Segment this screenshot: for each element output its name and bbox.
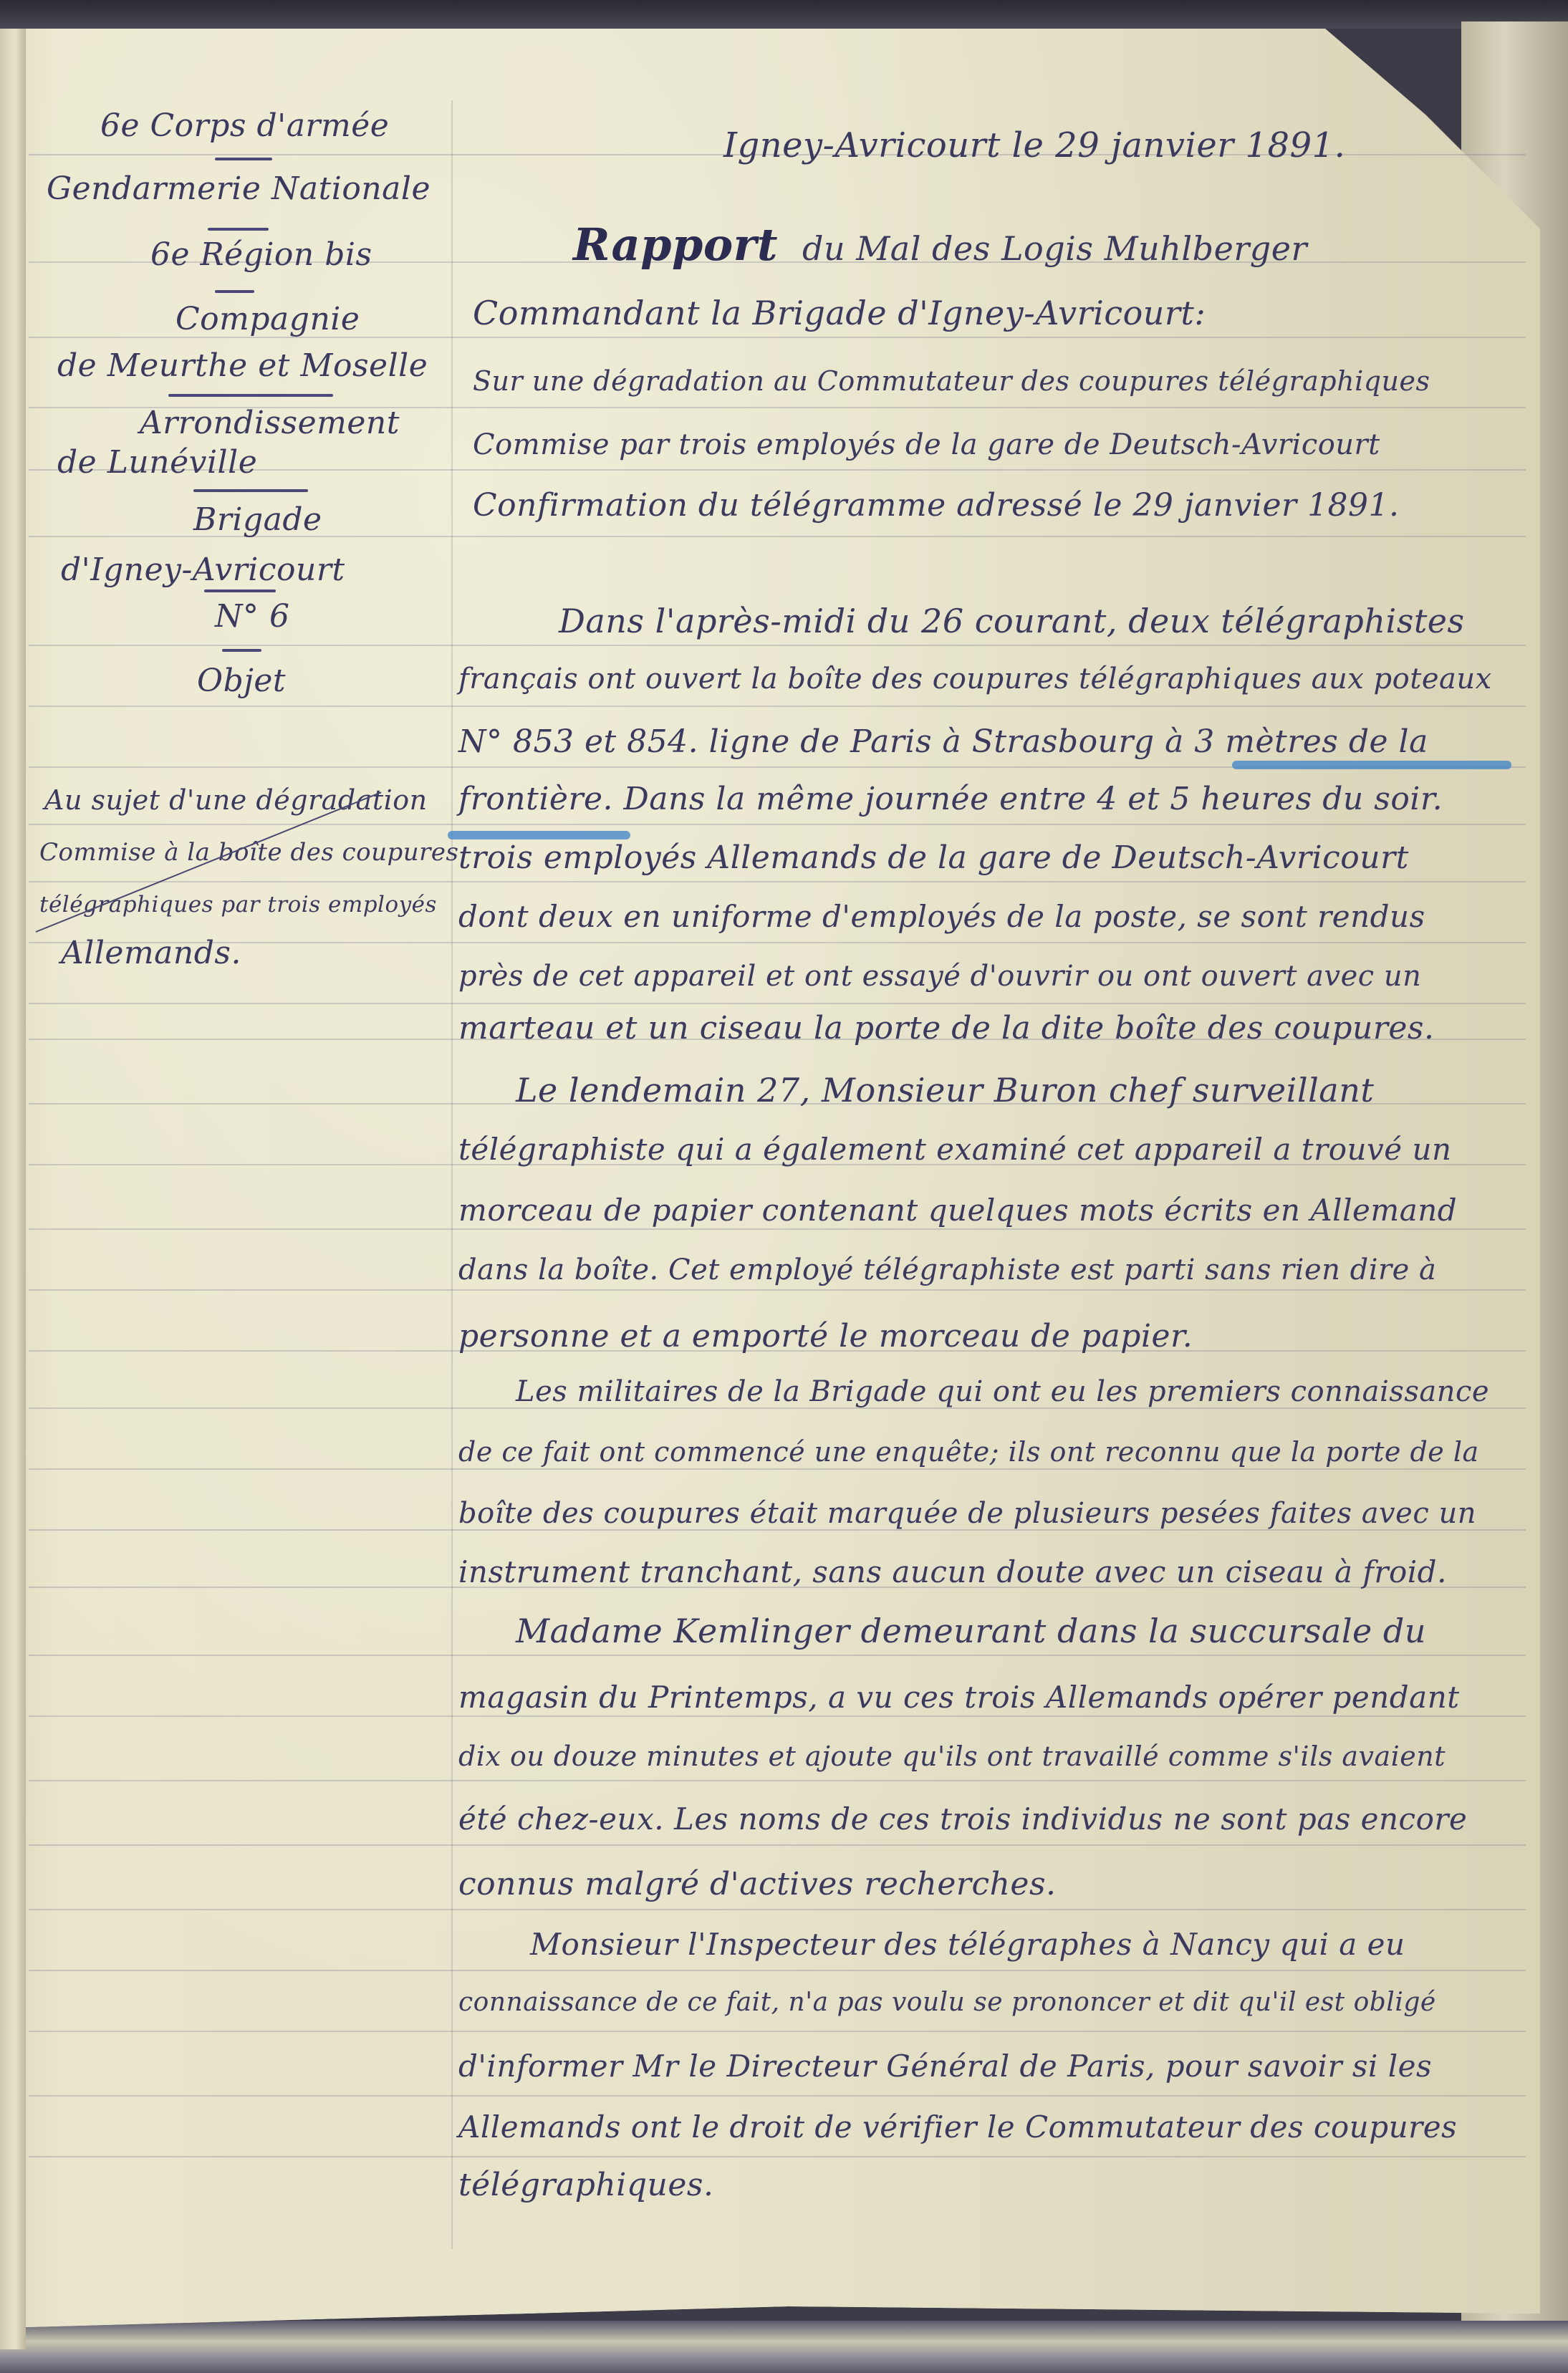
body-line: Le lendemain 27, Monsieur Buron chef sur…: [516, 1071, 1374, 1110]
subject-line: Commise à la boîte des coupures: [39, 838, 458, 867]
ruled-line: [29, 1468, 1526, 1470]
ruled-line: [29, 1289, 1526, 1291]
body-line: frontière. Dans la même journée entre 4 …: [458, 781, 1443, 817]
ruled-line: [29, 1228, 1526, 1230]
body-line: personne et a emporté le morceau de papi…: [458, 1318, 1193, 1354]
arrondissement-label: Arrondissement: [140, 405, 400, 441]
body-line: marteau et un ciseau la porte de la dite…: [458, 1010, 1434, 1046]
ruled-line: [29, 1909, 1526, 1910]
ruled-line: [29, 1715, 1526, 1717]
subtitle-line: Commandant la Brigade d'Igney-Avricourt:: [473, 294, 1206, 332]
subject-line: Allemands.: [61, 935, 241, 971]
object-label: Objet: [197, 663, 286, 699]
separator-bar: [222, 649, 261, 652]
ruled-line: [29, 1655, 1526, 1656]
subtitle-line: Commise par trois employés de la gare de…: [473, 428, 1380, 461]
ruled-line: [29, 824, 1526, 825]
body-line: N° 853 et 854. ligne de Paris à Strasbou…: [458, 723, 1428, 760]
separator-bar: [168, 394, 333, 397]
company-department: de Meurthe et Moselle: [57, 347, 428, 384]
title-author: du Mal des Logis Muhlberger: [802, 229, 1307, 268]
separator-bar: [208, 228, 269, 231]
title-word: Rapport: [573, 218, 778, 271]
body-line: dans la boîte. Cet employé télégraphiste…: [458, 1253, 1436, 1286]
body-line: connus malgré d'actives recherches.: [458, 1866, 1057, 1902]
body-line: télégraphiste qui a également examiné ce…: [458, 1132, 1452, 1167]
subject-line: Au sujet d'une dégradation: [44, 784, 428, 816]
paper-stack-bottom: [0, 2321, 1568, 2373]
body-line: instrument tranchant, sans aucun doute a…: [458, 1554, 1447, 1589]
body-line: été chez-eux. Les noms de ces trois indi…: [458, 1801, 1467, 1837]
body-line: dix ou douze minutes et ajoute qu'ils on…: [458, 1741, 1446, 1772]
company-label: Compagnie: [175, 301, 360, 337]
ruled-line: [29, 2031, 1526, 2032]
ruled-line: [29, 881, 1526, 882]
ruled-line: [29, 706, 1526, 707]
ruled-line: [29, 645, 1526, 646]
body-line: près de cet appareil et ont essayé d'ouv…: [458, 960, 1421, 993]
ruled-line: [29, 942, 1526, 943]
region-label: 6e Région bis: [150, 236, 372, 273]
ruled-line: [29, 1844, 1526, 1846]
body-line: de ce fait ont commencé une enquête; ils…: [458, 1436, 1479, 1468]
body-line: trois employés Allemands de la gare de D…: [458, 839, 1409, 876]
ruled-line: [29, 1780, 1526, 1781]
body-line: Monsieur l'Inspecteur des télégraphes à …: [530, 1927, 1405, 1962]
body-line: télégraphiques.: [458, 2167, 713, 2203]
body-line: Allemands ont le droit de vérifier le Co…: [458, 2109, 1457, 2145]
subtitle-line: Sur une dégradation au Commutateur des c…: [473, 365, 1430, 397]
separator-bar: [215, 290, 254, 293]
body-line: Madame Kemlinger demeurant dans la succu…: [516, 1612, 1426, 1650]
blue-pencil-underline: [448, 831, 630, 839]
blue-pencil-underline: [1232, 761, 1511, 769]
separator-bar: [204, 589, 276, 592]
subtitle-line: Confirmation du télégramme adressé le 29…: [473, 487, 1400, 524]
report-number: N° 6: [215, 598, 289, 635]
brigade-name: d'Igney-Avricourt: [61, 552, 345, 588]
separator-bar: [215, 158, 272, 160]
page-fold-left: [0, 29, 26, 2349]
body-line: magasin du Printemps, a vu ces trois All…: [458, 1680, 1460, 1715]
body-line: français ont ouvert la boîte des coupure…: [458, 663, 1492, 695]
body-line: Les militaires de la Brigade qui ont eu …: [516, 1375, 1489, 1408]
body-line: Dans l'après-midi du 26 courant, deux té…: [559, 602, 1465, 640]
ruled-line: [29, 2095, 1526, 2097]
body-line: boîte des coupures était marquée de plus…: [458, 1497, 1476, 1530]
body-line: dont deux en uniforme d'employés de la p…: [458, 899, 1425, 934]
brigade-label: Brigade: [193, 501, 322, 538]
ruled-line: [29, 1003, 1526, 1004]
photo-backdrop-top: [0, 0, 1568, 29]
separator-bar: [193, 489, 308, 492]
place-date: Igney-Avricourt le 29 janvier 1891.: [723, 125, 1345, 165]
margin-divider: [451, 100, 453, 2249]
body-line: d'informer Mr le Directeur Général de Pa…: [458, 2049, 1432, 2084]
gendarmerie-label: Gendarmerie Nationale: [47, 170, 431, 207]
ruled-line: [29, 2156, 1526, 2157]
arrondissement-name: de Lunéville: [57, 444, 257, 481]
body-line: connaissance de ce fait, n'a pas voulu s…: [458, 1988, 1436, 2017]
body-line: morceau de papier contenant quelques mot…: [458, 1193, 1457, 1228]
army-corps: 6e Corps d'armée: [100, 107, 389, 144]
ruled-line: [29, 1970, 1526, 1971]
